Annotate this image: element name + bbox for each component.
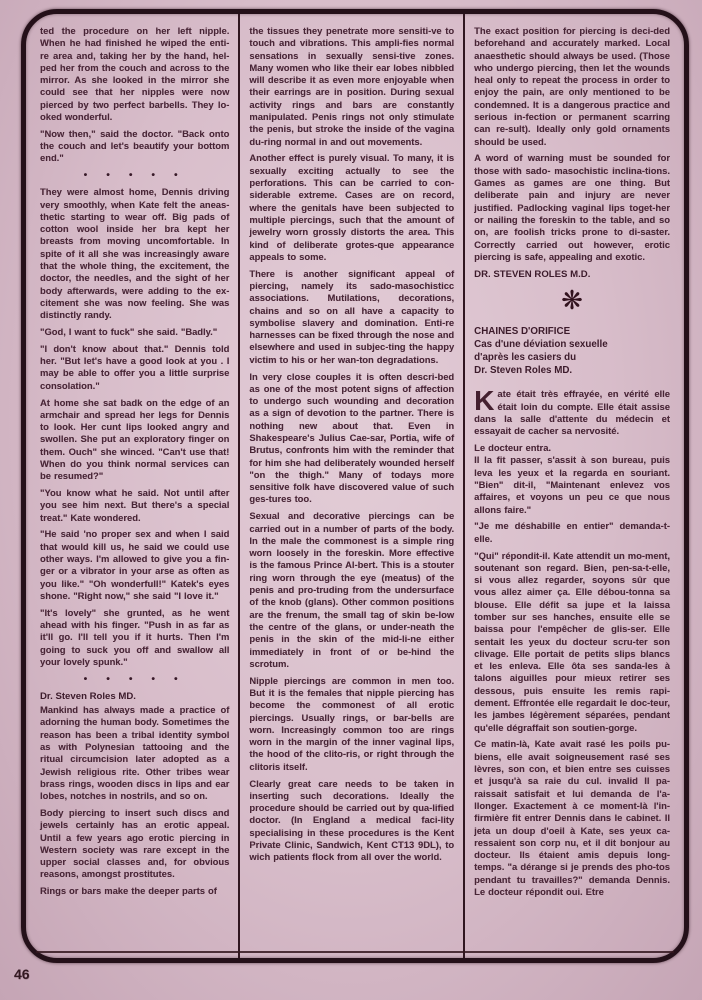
paragraph: Another effect is purely visual. To many…	[249, 152, 454, 263]
paragraph: "I don't know about that." Dennis told h…	[40, 343, 229, 392]
section-heading-block: CHAINES D'ORIFICE Cas d'une déviation se…	[474, 325, 670, 377]
page-number: 46	[14, 966, 30, 982]
author-signature: DR. STEVEN ROLES M.D.	[474, 269, 670, 281]
paragraph: the tissues they penetrate more sensiti-…	[249, 25, 454, 148]
paragraph: Rings or bars make the deeper parts of	[40, 885, 229, 897]
paragraph: A word of warning must be sounded for th…	[474, 152, 670, 263]
columns-container: ted the procedure on her left nipple. Wh…	[26, 14, 684, 958]
paragraph: There is another significant appeal of p…	[249, 268, 454, 366]
paragraph: "Je me déshabille en entier" demanda-t-e…	[474, 520, 670, 545]
paragraph: Ce matin-là, Kate avait rasé les poils p…	[474, 738, 670, 898]
paragraph: Sexual and decorative piercings can be c…	[249, 510, 454, 670]
drop-cap: K	[474, 388, 497, 412]
paragraph: They were almost home, Dennis driving ve…	[40, 186, 229, 321]
paragraph: "Now then," said the doctor. "Back onto …	[40, 128, 229, 165]
column-middle: the tissues they penetrate more sensiti-…	[238, 14, 465, 958]
paragraph: "You know what he said. Not until after …	[40, 487, 229, 524]
column-left: ted the procedure on her left nipple. Wh…	[31, 14, 238, 958]
paragraph: Clearly great care needs to be taken in …	[249, 778, 454, 864]
paragraph: At home she sat badk on the edge of an a…	[40, 397, 229, 483]
paragraph-text: ate était très effrayée, en vérité elle …	[474, 388, 670, 436]
paragraph: ted the procedure on her left nipple. Wh…	[40, 25, 229, 123]
paragraph: Le docteur entra. Il la fit passer, s'as…	[474, 442, 670, 516]
separator-dots: • • • • •	[40, 169, 229, 181]
separator-dots: • • • • •	[40, 673, 229, 685]
paragraph: Nipple piercings are common in men too. …	[249, 675, 454, 773]
paragraph: "He said 'no proper sex and when I said …	[40, 528, 229, 602]
paragraph: The exact position for piercing is deci-…	[474, 25, 670, 148]
paragraph: In very close couples it is often descri…	[249, 371, 454, 506]
column-right: The exact position for piercing is deci-…	[465, 14, 679, 958]
author-heading: Dr. Steven Roles MD.	[40, 691, 229, 703]
paragraph: Body piercing to insert such discs and j…	[40, 807, 229, 881]
paragraph: "It's lovely" she grunted, as he went ah…	[40, 607, 229, 668]
page-frame: ted the procedure on her left nipple. Wh…	[21, 9, 689, 963]
dropcap-paragraph: Kate était très effrayée, en vérité elle…	[474, 388, 670, 437]
paragraph: "Qui" répondit-il. Kate attendit un mo-m…	[474, 550, 670, 734]
asterisk-ornament-icon: ❋	[474, 285, 670, 315]
paragraph: "God, I want to fuck" she said. "Badly."	[40, 326, 229, 338]
paragraph: Mankind has always made a practice of ad…	[40, 704, 229, 802]
